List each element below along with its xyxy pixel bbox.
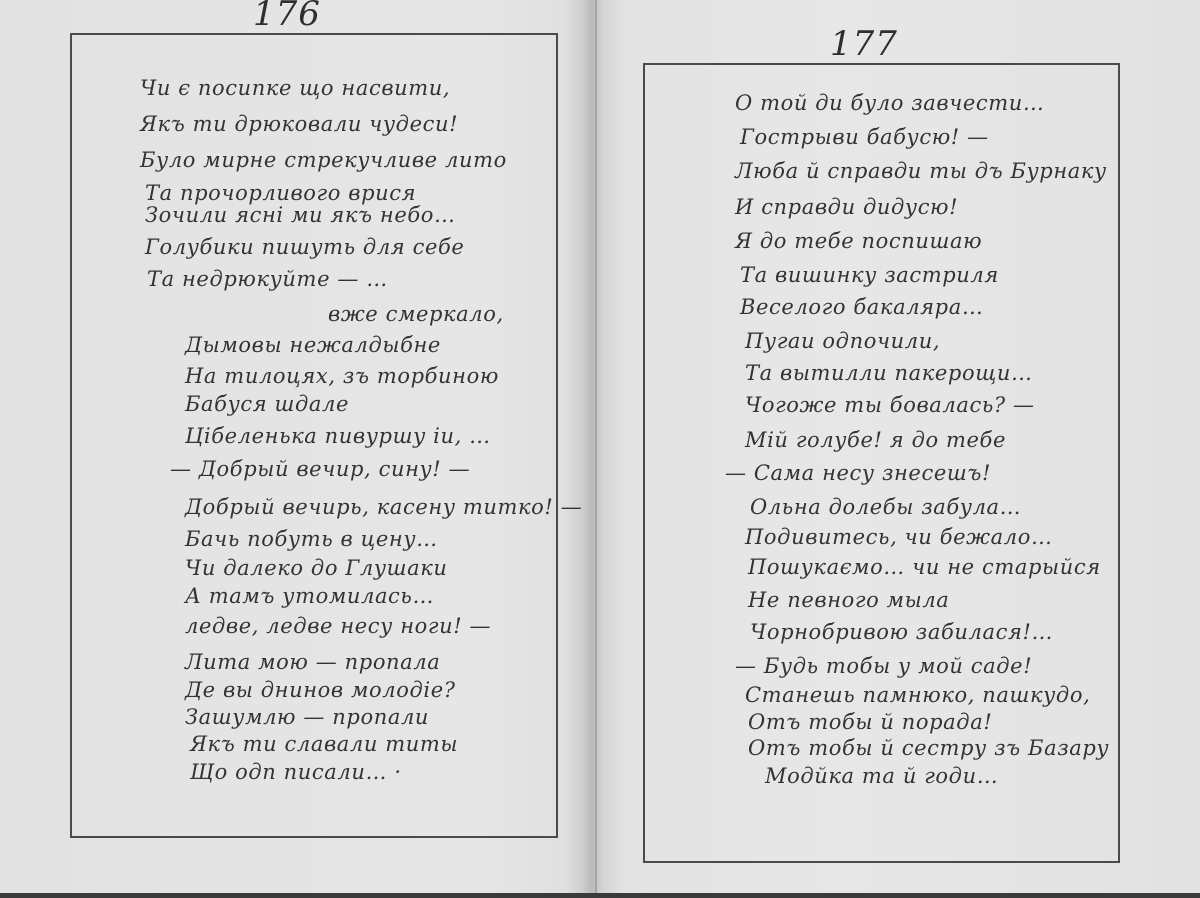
manuscript-line: На тилоцях, зъ торбиною <box>185 364 499 388</box>
manuscript-line: Зашумлю — пропали <box>185 705 429 729</box>
manuscript-line: Отъ тобы й порада! <box>748 710 992 734</box>
manuscript-line: Лита мою — пропала <box>185 650 440 674</box>
manuscript-line: Цібеленька пивуршу іи, … <box>185 424 491 448</box>
manuscript-line: Та вытилли пакерощи… <box>745 361 1033 385</box>
manuscript-line: Чи далеко до Глушаки <box>185 556 447 580</box>
manuscript-line: — Добрый вечир, сину! — <box>170 457 470 481</box>
manuscript-line: Якъ ти дрюковали чудеси! <box>140 112 458 136</box>
manuscript-line: — Сама несу знесешъ! <box>725 461 991 485</box>
page-number-left: 176 <box>253 0 321 34</box>
manuscript-line: Веселого бакалярa… <box>740 295 983 319</box>
manuscript-line: Бачь побуть в цену… <box>185 527 438 551</box>
manuscript-line: О той ди було завчести… <box>735 91 1045 115</box>
manuscript-line: ледве, ледве несу ноги! — <box>185 614 491 638</box>
manuscript-line: Чогоже ты бовалась? — <box>745 393 1035 417</box>
manuscript-line: Станешь памнюко, пашкудо, <box>745 683 1090 707</box>
manuscript-line: — Будь тобы у мой саде! <box>735 654 1032 678</box>
manuscript-line: Модйка та й годи… <box>765 764 998 788</box>
left-page: 176 Чи є посипке що насвити,Якъ ти дрюко… <box>0 0 590 898</box>
manuscript-line: Що одп писали… · <box>190 760 402 784</box>
manuscript-line: Мій голубе! я до тебе <box>745 428 1006 452</box>
manuscript-line: Я до тебе поспишаю <box>735 229 982 253</box>
page-number-right: 177 <box>830 24 898 64</box>
manuscript-line: вже смеркало, <box>328 302 504 326</box>
manuscript-line: Чорнобривою забилася!… <box>750 620 1053 644</box>
manuscript-line: Люба й справди ты дъ Бурнаку <box>735 159 1107 183</box>
manuscript-line: Пошукаємо… чи не старыйся <box>748 555 1101 579</box>
manuscript-line: Ольна долебы забула… <box>750 495 1021 519</box>
manuscript-line: Отъ тобы й сестру зъ Базару <box>748 736 1109 760</box>
manuscript-line: Дымовы нежалдыбне <box>185 333 441 357</box>
manuscript-line: Пугаи одпочили, <box>745 329 940 353</box>
manuscript-line: Бабуся шдале <box>185 392 349 416</box>
book-bottom-edge <box>0 893 1200 898</box>
manuscript-line: Та вишинку застриля <box>740 263 999 287</box>
manuscript-line: Та недрюкуйте — … <box>147 267 388 291</box>
manuscript-line: Зочили ясні ми якъ небо… <box>145 203 456 227</box>
manuscript-line: Та прочорливого врися <box>145 181 416 205</box>
manuscript-line: Якъ ти славали титы <box>190 732 458 756</box>
manuscript-line: Де вы днинов молодіе? <box>185 678 456 702</box>
right-page: 177 О той ди було завчести…Гострыви бабу… <box>600 0 1200 898</box>
manuscript-line: И справди дидусю! <box>735 195 958 219</box>
manuscript-line: Гострыви бабусю! — <box>740 125 989 149</box>
manuscript-line: Було мирне стрекучливе лито <box>140 148 507 172</box>
manuscript-line: Подивитесь, чи бежало… <box>745 525 1053 549</box>
manuscript-line: А тамъ утомилась… <box>185 584 434 608</box>
manuscript-line: Добрый вечирь, касену титко! — <box>185 495 582 519</box>
manuscript-line: Чи є посипке що насвити, <box>140 76 450 100</box>
gutter-fold <box>595 0 597 898</box>
manuscript-line: Голубики пишуть для себе <box>145 235 464 259</box>
manuscript-line: Не певного мыла <box>748 588 949 612</box>
